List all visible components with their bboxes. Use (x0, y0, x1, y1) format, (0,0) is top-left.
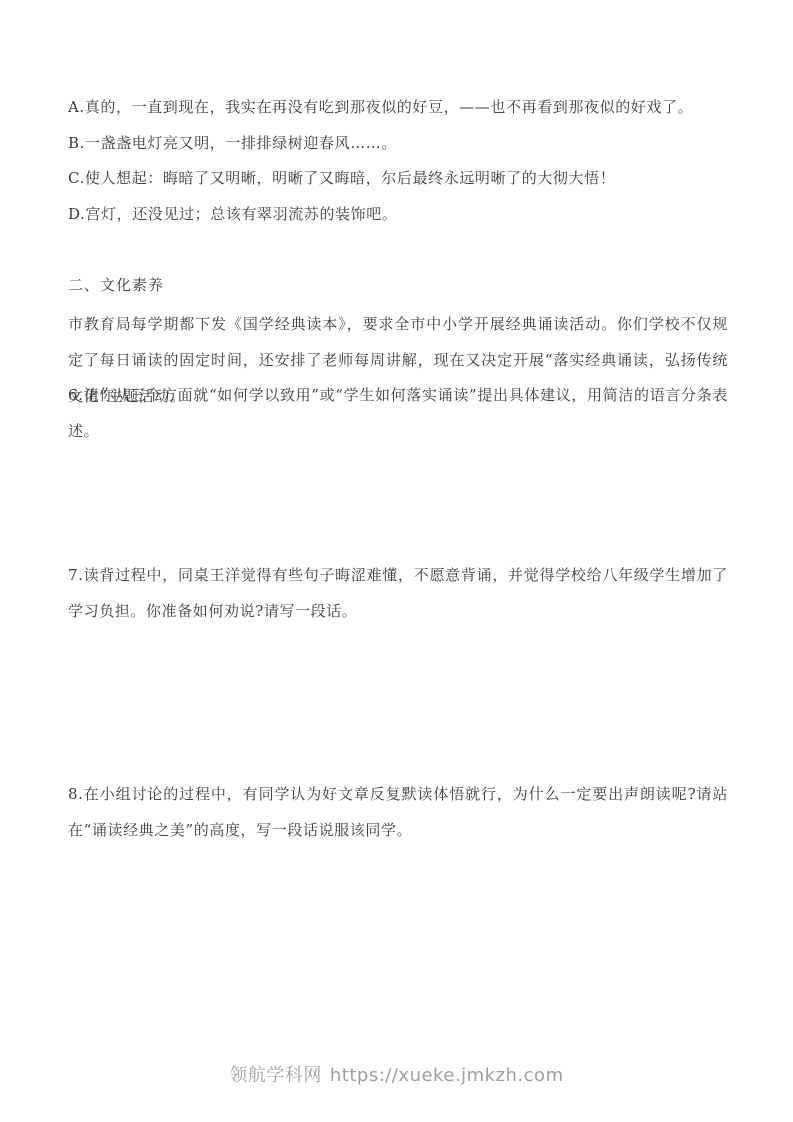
footer-url: https://xueke.jmkzh.com (330, 1065, 564, 1086)
exam-document-page: A.真的，一直到现在，我实在再没有吃到那夜似的好豆，——也不再看到那夜似的好戏了… (0, 0, 793, 1122)
choice-option-b: B.一盏盏电灯亮又明，一排排绿树迎春风……。 (68, 125, 728, 161)
choice-option-a: A.真的，一直到现在，我实在再没有吃到那夜似的好豆，——也不再看到那夜似的好戏了… (68, 89, 728, 125)
question-8: 8.在小组讨论的过程中，有同学认为好文章反复默读体悟就行，为什么一定要出声朗读呢… (68, 776, 728, 848)
footer-site-name: 领航学科网 (229, 1065, 322, 1086)
question-7: 7.读背过程中，同桌王洋觉得有些句子晦涩难懂，不愿意背诵，并觉得学校给八年级学生… (68, 557, 728, 629)
question-6: 6.请你从三个方面就“如何学以致用”或“学生如何落实诵读”提出具体建议，用简洁的… (68, 377, 728, 449)
section-title: 二、文化素养 (68, 267, 728, 303)
choice-option-d: D.宫灯，还没见过；总该有翠羽流苏的装饰吧。 (68, 196, 728, 232)
footer-watermark: 领航学科网https://xueke.jmkzh.com (0, 1063, 793, 1089)
choice-option-c: C.使人想起：晦暗了又明晰，明晰了又晦暗，尔后最终永远明晰了的大彻大悟！ (68, 160, 728, 196)
